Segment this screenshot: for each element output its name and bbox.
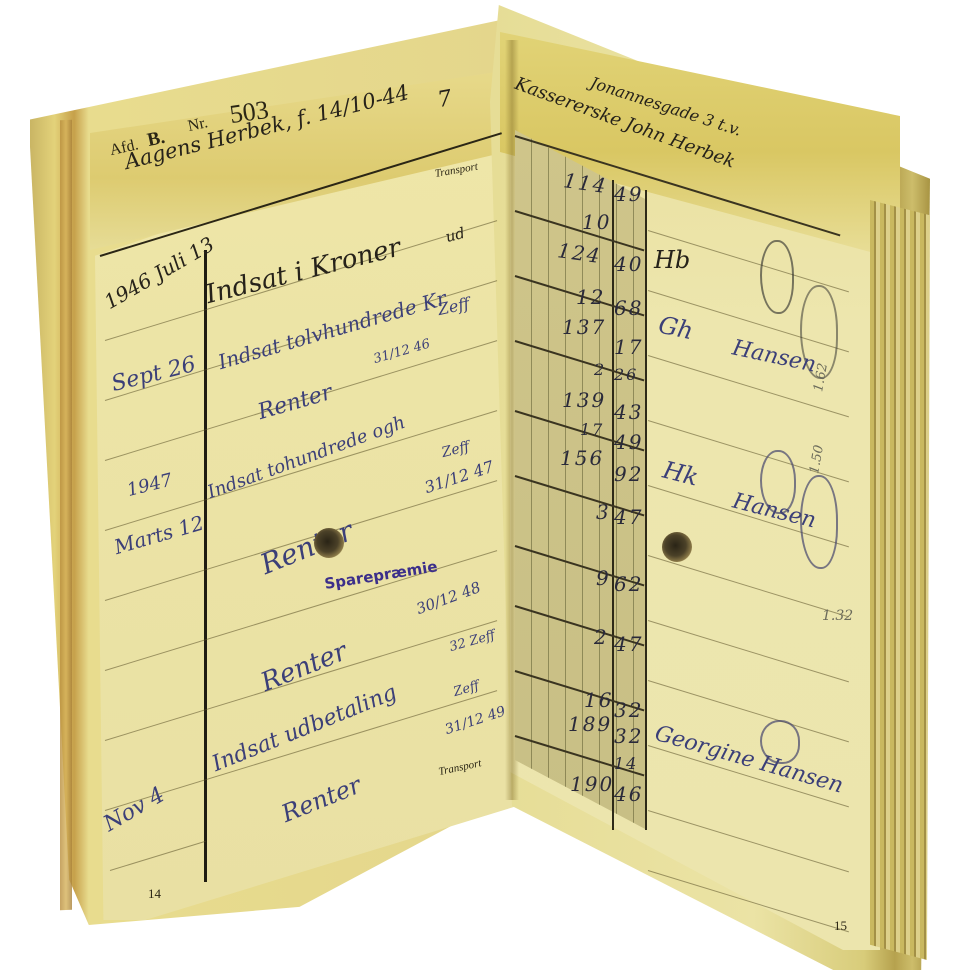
amount-ore: 40 [614, 252, 643, 276]
amount-kr: 190 [570, 772, 614, 796]
signature-initials: Hb [654, 246, 690, 274]
amount-ore: 68 [614, 296, 643, 320]
date-column-divider [204, 250, 207, 882]
amount-kr: 139 [562, 388, 606, 412]
amount-kr: 12 [576, 285, 605, 309]
amount-ore: 43 [614, 400, 643, 424]
amount-kr: 9 [596, 566, 611, 590]
amount-ore: 17 [614, 335, 643, 359]
amount-ore: 32 [614, 698, 643, 722]
amount-kr: 10 [582, 210, 611, 234]
page-number-left: 14 [148, 886, 161, 902]
signature-flourish [760, 450, 796, 514]
signature-flourish [800, 475, 838, 569]
amount-kr: 2 [594, 625, 609, 649]
signature-flourish [760, 720, 800, 764]
amount-ore: 49 [614, 182, 643, 206]
amount-ore: 47 [614, 505, 643, 529]
amount-kr: 156 [560, 446, 604, 470]
page-number-right: 15 [834, 918, 847, 934]
margin-note: 1.32 [822, 608, 853, 624]
amount-kr: 2 [594, 360, 606, 379]
amount-ore: 32 [614, 724, 643, 748]
amount-kr: 17 [580, 420, 604, 439]
signature-flourish [760, 240, 794, 314]
amount-ore: 47 [614, 632, 643, 656]
amount-ore: 14 [614, 754, 638, 773]
amount-ore: 62 [614, 572, 643, 596]
passbook-photo: Afd. B. Nr. 503 Aagens Herbek, f. 14/10-… [0, 0, 960, 976]
amount-kr: 137 [562, 315, 606, 339]
amount-column-right-border [645, 190, 647, 830]
amount-ore: 46 [614, 782, 643, 806]
right-page-edges [870, 200, 930, 960]
page-edge [60, 120, 72, 910]
punch-hole [662, 532, 692, 562]
punch-hole [314, 528, 344, 558]
amount-kr: 16 [584, 688, 613, 712]
amount-kr: 189 [568, 712, 612, 736]
amount-kr: 3 [596, 500, 611, 524]
amount-ore: 26 [614, 365, 638, 384]
amount-ore: 92 [614, 462, 643, 486]
amount-ore: 49 [614, 430, 643, 454]
